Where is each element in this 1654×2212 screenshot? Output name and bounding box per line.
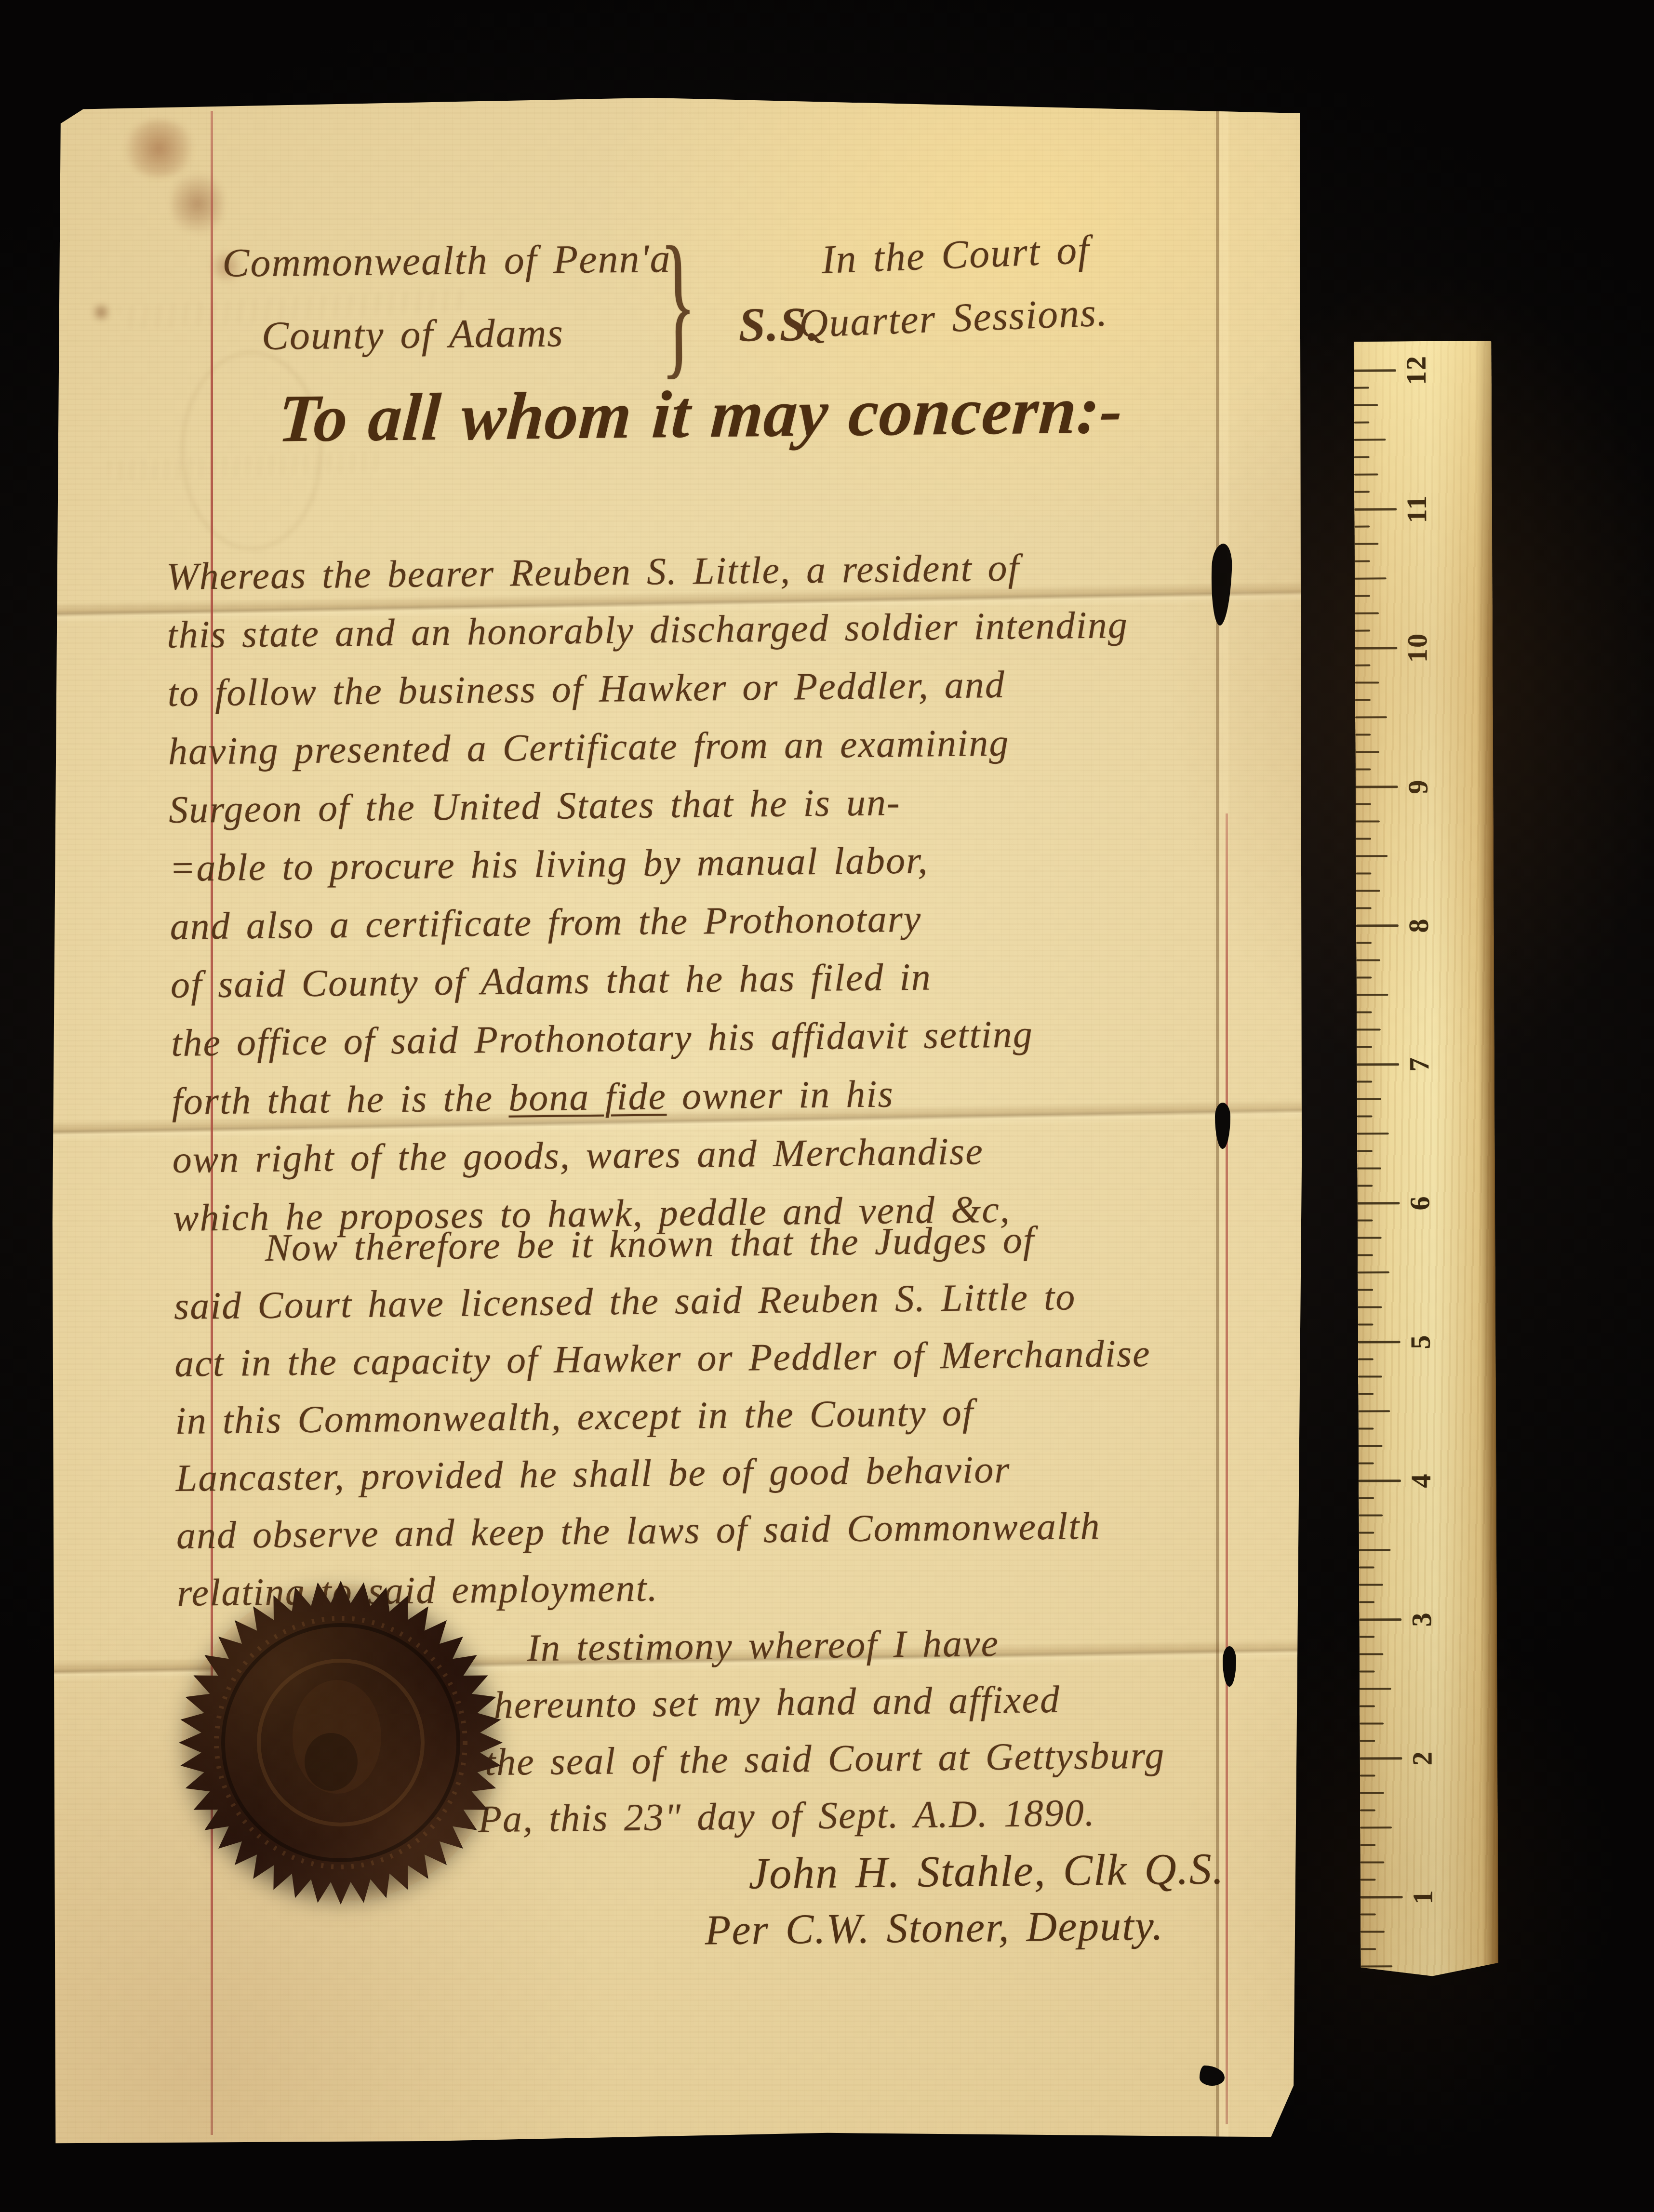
ruler-tick xyxy=(1354,404,1378,406)
ruler-tick xyxy=(1354,369,1396,372)
handwritten-line: having presented a Certificate from an e… xyxy=(168,713,1130,781)
handwritten-line: =able to procure his living by manual la… xyxy=(169,829,1131,898)
handwritten-line: in this Commonwealth, except in the Coun… xyxy=(175,1383,1152,1450)
handwritten-line: Now therefore be it known that the Judge… xyxy=(173,1211,1150,1278)
ruler-number: 5 xyxy=(1404,1326,1436,1358)
ruler-tick xyxy=(1360,1844,1375,1846)
ruler-tick xyxy=(1357,1133,1389,1134)
ruler-tick xyxy=(1359,1514,1383,1516)
ruler-tick xyxy=(1359,1601,1374,1603)
ruler-tick xyxy=(1361,1896,1403,1898)
handwritten-line: and observe and keep the laws of said Co… xyxy=(176,1497,1153,1565)
embossed-court-seal xyxy=(177,1579,505,1906)
signature-clerk: John H. Stahle, Clk Q.S. xyxy=(748,1843,1225,1899)
ruler-tick xyxy=(1360,1861,1384,1863)
ruler-tick xyxy=(1360,1757,1402,1759)
testimony-clause: In testimony whereof I have hereunto set… xyxy=(476,1613,1166,1848)
ruler-tick xyxy=(1359,1497,1374,1499)
ruler-tick xyxy=(1356,838,1371,839)
ruler-tick xyxy=(1355,751,1379,753)
line-part: forth that he is the xyxy=(172,1077,509,1123)
court-line: Quarter Sessions. xyxy=(798,289,1109,347)
ruler-tick xyxy=(1357,1063,1399,1066)
ruler-tick xyxy=(1358,1427,1374,1429)
ruler-tick xyxy=(1356,976,1372,978)
handwritten-line: Lancaster, provided he shall be of good … xyxy=(175,1440,1152,1507)
ruler-tick xyxy=(1358,1410,1390,1412)
ruler-number: 7 xyxy=(1403,1048,1435,1080)
ruler-tick xyxy=(1357,1185,1373,1186)
ruler-tick xyxy=(1358,1271,1389,1273)
ruler-tick xyxy=(1358,1289,1373,1291)
ruler-tick xyxy=(1355,595,1370,597)
ruler-tick xyxy=(1358,1306,1382,1308)
handwritten-line: Surgeon of the United States that he is … xyxy=(169,771,1131,839)
ruler-tick xyxy=(1359,1532,1374,1533)
ruler-tick xyxy=(1358,1341,1401,1343)
ruler-tick xyxy=(1355,664,1371,666)
ruler-tick xyxy=(1359,1618,1401,1621)
ruler-number: 10 xyxy=(1401,632,1433,664)
handwritten-line: In testimony whereof I have xyxy=(527,1613,1164,1677)
ruler-tick xyxy=(1354,473,1378,475)
ruler-tick xyxy=(1354,491,1370,493)
ruler-tick xyxy=(1355,733,1371,735)
ruler-tick xyxy=(1357,1080,1372,1082)
ruler-number: 4 xyxy=(1405,1465,1437,1496)
ruler-number: 6 xyxy=(1403,1187,1435,1219)
ruler-tick xyxy=(1355,681,1379,683)
ruler-tick xyxy=(1357,1202,1400,1204)
ruler-tick xyxy=(1358,1323,1373,1325)
ruler-tick xyxy=(1361,1879,1376,1880)
body-paragraph-1: Whereas the bearer Reuben S. Little, a r… xyxy=(166,538,1135,1248)
ruler-tick xyxy=(1359,1636,1374,1638)
ruler-tick xyxy=(1355,560,1370,562)
ruler-tick xyxy=(1357,994,1388,996)
handwritten-line: own right of the goods, wares and Mercha… xyxy=(172,1121,1134,1189)
ruler-number: 12 xyxy=(1400,354,1432,386)
ruler-tick xyxy=(1358,1358,1374,1360)
ruler-numbers: 121110987654321 xyxy=(1354,341,1492,341)
ruler-tick xyxy=(1356,820,1380,822)
ruler-tick xyxy=(1359,1584,1383,1586)
ruler-tick xyxy=(1355,612,1379,614)
header-court: In the Court of Quarter Sessions. xyxy=(821,226,1109,346)
ruler-tick xyxy=(1358,1375,1382,1377)
handwritten-line: the office of said Prothonotary his affi… xyxy=(171,1004,1133,1073)
ruler-tick xyxy=(1358,1237,1382,1239)
ruler-tick xyxy=(1360,1826,1392,1828)
ruler-tick xyxy=(1358,1254,1373,1256)
ruler-number: 11 xyxy=(1401,493,1432,525)
ruler-tick xyxy=(1356,907,1372,909)
ruler-tick xyxy=(1360,1792,1384,1794)
ruler-tick xyxy=(1358,1219,1373,1221)
handwritten-line: Pa, this 23" day of Sept. A.D. 1890. xyxy=(478,1784,1166,1848)
ruler-tick xyxy=(1360,1809,1375,1811)
ruler-tick xyxy=(1361,1948,1376,1950)
ruler-tick xyxy=(1356,855,1387,857)
handwritten-line-bona-fide: forth that he is the bona fide owner in … xyxy=(172,1063,1134,1131)
ruler-number: 2 xyxy=(1406,1742,1438,1774)
ruler-tick xyxy=(1355,577,1387,579)
ruler-tick xyxy=(1354,543,1378,545)
handwritten-line: the seal of the said Court at Gettysburg xyxy=(484,1727,1165,1791)
signature-deputy: Per C.W. Stoner, Deputy. xyxy=(705,1902,1164,1955)
handwritten-line: act in the capacity of Hawker or Peddler… xyxy=(174,1325,1151,1393)
salutation: To all whom it may concern:- xyxy=(276,371,1125,457)
ruler-tick xyxy=(1356,786,1398,788)
ruler-tick xyxy=(1360,1670,1375,1672)
ruler-tick xyxy=(1360,1705,1375,1707)
ruler-tick xyxy=(1354,525,1370,527)
ruler-tick xyxy=(1357,1028,1381,1030)
handwritten-line: to follow the business of Hawker or Pedd… xyxy=(167,654,1129,723)
ruler-number: 1 xyxy=(1407,1881,1439,1913)
ruler-tick xyxy=(1356,924,1399,927)
ruler-tick xyxy=(1357,1046,1372,1048)
ruler-tick xyxy=(1356,959,1380,961)
ruler-tick xyxy=(1355,629,1370,631)
ruler-tick xyxy=(1361,1965,1392,1967)
ruler-number: 8 xyxy=(1402,909,1434,941)
handwritten-line: and also a certificate from the Prothono… xyxy=(170,888,1132,956)
ruler-tick xyxy=(1355,716,1387,718)
ruler-tick xyxy=(1357,1098,1381,1100)
ruler-number: 9 xyxy=(1401,771,1433,802)
ruler-tick xyxy=(1359,1445,1383,1447)
header-county: County of Adams xyxy=(261,309,564,360)
header-brace: } xyxy=(659,211,698,397)
ruler-tick xyxy=(1357,1150,1373,1152)
ruler-tick xyxy=(1356,890,1380,892)
ruler-tick xyxy=(1359,1462,1374,1464)
ruler-tick xyxy=(1354,386,1369,388)
handwritten-line: Whereas the bearer Reuben S. Little, a r… xyxy=(166,538,1128,606)
ruler-tick xyxy=(1358,1393,1374,1395)
ruler-tick xyxy=(1360,1722,1384,1724)
body-paragraph-2: Now therefore be it known that the Judge… xyxy=(173,1211,1153,1622)
handwritten-line: hereunto set my hand and affixed xyxy=(494,1670,1165,1734)
ruler-tick xyxy=(1357,1167,1381,1169)
ruler-tick xyxy=(1355,647,1397,649)
ruler-tick xyxy=(1360,1740,1375,1742)
ruler-tick xyxy=(1361,1931,1385,1932)
ruler-tick xyxy=(1359,1479,1401,1482)
ruler-tick xyxy=(1360,1774,1375,1776)
ruler-tick xyxy=(1355,768,1371,770)
ruler-tick xyxy=(1355,699,1371,701)
handwritten-line: said Court have licensed the said Reuben… xyxy=(173,1268,1150,1335)
ruler-tick xyxy=(1357,1115,1373,1117)
ruler: 121110987654321 xyxy=(1354,341,1499,1978)
ruler-tick xyxy=(1359,1549,1391,1551)
line-part: owner in his xyxy=(667,1073,894,1118)
ruler-tick xyxy=(1356,803,1371,805)
handwritten-line: this state and an honorably discharged s… xyxy=(167,596,1129,665)
ruler-tick-scale xyxy=(1354,341,1492,341)
ruler-number: 3 xyxy=(1405,1603,1437,1635)
document-page: Commonwealth of Penn'a County of Adams }… xyxy=(51,91,1304,2149)
header-commonwealth: Commonwealth of Penn'a xyxy=(222,235,671,287)
photo-scene: Commonwealth of Penn'a County of Adams }… xyxy=(0,0,1654,2212)
ruler-tick xyxy=(1359,1653,1383,1655)
ruler-tick xyxy=(1361,1913,1376,1915)
ruler-tick xyxy=(1357,1011,1372,1013)
ruler-tick xyxy=(1354,421,1369,423)
ruler-tick xyxy=(1356,872,1371,874)
court-line: In the Court of xyxy=(821,226,1107,283)
seal-graphic xyxy=(177,1579,505,1906)
ruler-tick xyxy=(1354,456,1370,458)
ruler-tick xyxy=(1354,439,1386,440)
underlined-phrase: bona fide xyxy=(508,1075,667,1119)
ruler-tick xyxy=(1359,1566,1374,1568)
ruler-tick xyxy=(1360,1688,1391,1690)
handwritten-line: of said County of Adams that he has file… xyxy=(170,946,1132,1014)
ruler-tick xyxy=(1356,942,1372,944)
ruler-tick xyxy=(1354,508,1397,510)
